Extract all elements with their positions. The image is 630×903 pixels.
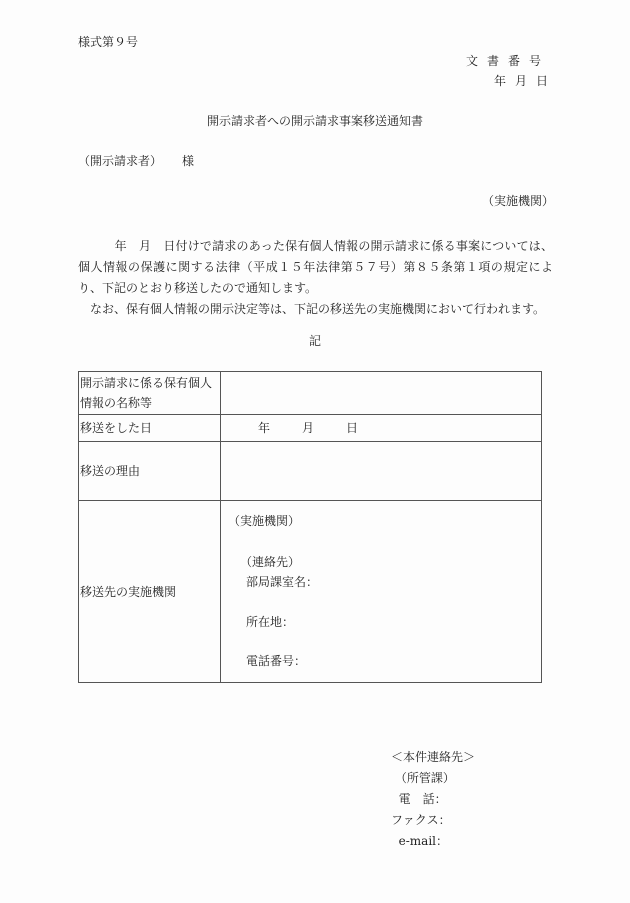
addressee-label: （開示請求者） (78, 154, 162, 168)
issuer: （実施機関） (482, 195, 554, 207)
contact-heading: ＜本件連絡先＞ (391, 747, 475, 768)
row-value: 年 月 日 (221, 415, 542, 442)
addressee: （開示請求者）様 (78, 155, 194, 167)
contact-section: （所管課） (391, 768, 475, 789)
dest-department: 部局課室名： (246, 576, 318, 588)
contact-block: ＜本件連絡先＞ （所管課） 電 話： ファクス： e-mail： (391, 747, 475, 852)
row-label: 移送の理由 (79, 442, 221, 501)
document-date: 年月日 (494, 75, 557, 87)
contact-fax: ファクス： (391, 810, 475, 831)
ki-heading: 記 (0, 335, 630, 347)
dest-contact: （連絡先） (240, 556, 300, 568)
notice-paragraph-1: 年 月 日付けで請求のあった保有個人情報の開示請求に係る事案については、個人情報… (78, 236, 553, 299)
table-row: 移送をした日 年 月 日 (79, 415, 542, 442)
destination-cell: （実施機関） （連絡先） 部局課室名： 所在地： 電話番号： (221, 501, 542, 683)
notice-body: 年 月 日付けで請求のあった保有個人情報の開示請求に係る事案については、個人情報… (78, 236, 553, 320)
transfer-info-table: 開示請求に係る保有個人情報の名称等 移送をした日 年 月 日 移送の理由 移送先… (78, 371, 542, 683)
row-label: 移送をした日 (79, 415, 221, 442)
row-label: 移送先の実施機関 (79, 501, 221, 683)
contact-email: e-mail： (391, 831, 475, 852)
document-number: 文書番号 (466, 55, 550, 67)
dest-phone: 電話番号： (246, 655, 306, 667)
addressee-honorific: 様 (182, 154, 194, 168)
row-label: 開示請求に係る保有個人情報の名称等 (79, 372, 221, 415)
row-value (221, 372, 542, 415)
form-number: 様式第９号 (78, 36, 138, 48)
contact-phone: 電 話： (391, 789, 475, 810)
row-value (221, 442, 542, 501)
notice-paragraph-2: なお、保有個人情報の開示決定等は、下記の移送先の実施機関において行われます。 (78, 299, 553, 320)
page-title: 開示請求者への開示請求事案移送通知書 (0, 115, 630, 127)
table-row: 移送の理由 (79, 442, 542, 501)
dest-address: 所在地： (246, 616, 294, 628)
table-row: 開示請求に係る保有個人情報の名称等 (79, 372, 542, 415)
table-row: 移送先の実施機関 （実施機関） （連絡先） 部局課室名： 所在地： 電話番号： (79, 501, 542, 683)
dest-agency: （実施機関） (228, 515, 300, 527)
transfer-date-value: 年 月 日 (222, 421, 368, 435)
